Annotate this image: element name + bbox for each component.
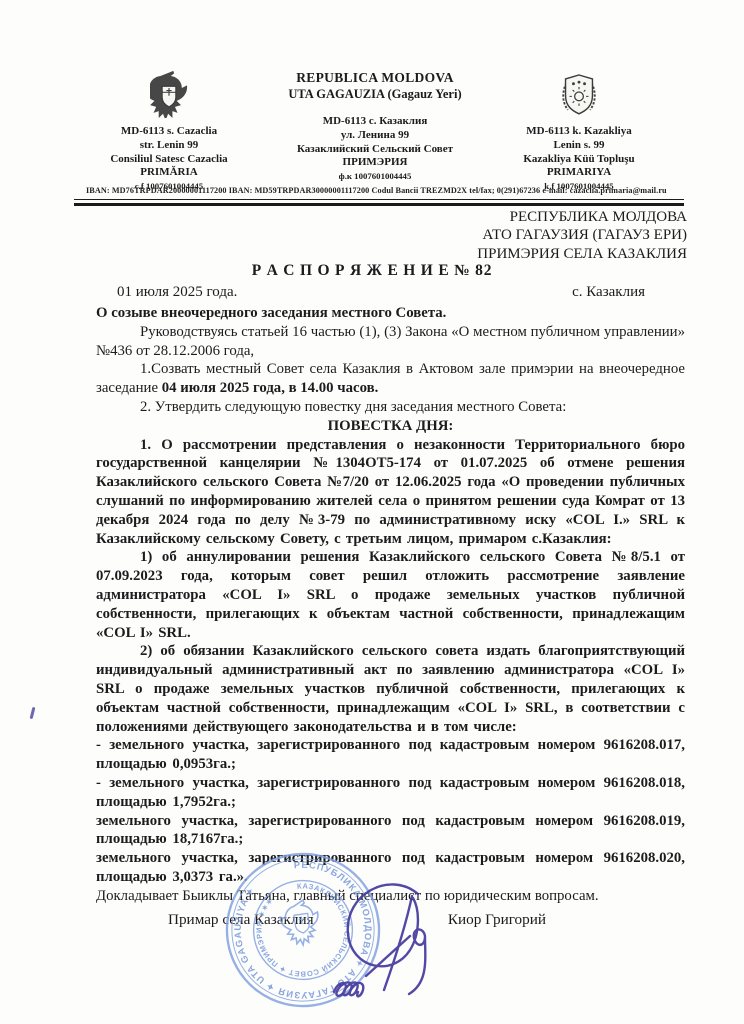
letterhead-line: ул. Ленина 99 <box>276 129 474 143</box>
issuing-authority-block: РЕСПУБЛИКА МОЛДОВА АТО ГАГАУЗИЯ (ГАГАУЗ … <box>477 208 687 263</box>
letterhead-iban-line: IBAN: MD76TRPDAR20000001117200 IBAN: MD5… <box>86 186 664 195</box>
letterhead-left-block: MD-6113 s. Cazaclia str. Lenin 99 Consil… <box>62 70 276 192</box>
letterhead-region-title: UTA GAGAUZIA (Gagauz Yeri) <box>276 87 474 102</box>
letterhead-line: PRIMARIYA <box>474 166 684 180</box>
agenda-sub-item-1: 1) об аннулировании решения Казаклийског… <box>96 548 685 642</box>
legal-basis-paragraph: Руководствуясь статьей 16 частью (1), (3… <box>96 323 685 361</box>
letterhead-center-block: REPUBLICA MOLDOVA UTA GAGAUZIA (Gagauz Y… <box>276 70 474 182</box>
org-line: РЕСПУБЛИКА МОЛДОВА <box>477 208 687 226</box>
letterhead-right-block: MD-6113 k. Kazakliya Lenin s. 99 Kazakli… <box>474 70 684 192</box>
parcel-line: - земельного участка, зарегистрированног… <box>96 736 685 774</box>
order-item-1: 1.Созвать местный Совет села Казаклия в … <box>96 360 685 398</box>
signer-name: Киор Григорий <box>448 911 546 929</box>
gagauzia-coat-of-arms-icon <box>560 70 598 118</box>
org-line: ПРИМЭРИЯ СЕЛА КАЗАКЛИЯ <box>477 245 687 263</box>
letterhead-line: Consiliul Satesc Cazaclia <box>62 153 276 167</box>
subject-line: О созыве внеочередного заседания местног… <box>96 304 685 323</box>
document-date: 01 июля 2025 года. <box>117 284 237 301</box>
agenda-item-1: 1. О рассмотрении представления о незако… <box>96 436 685 549</box>
parcel-line: земельного участка, зарегистрированного … <box>96 812 685 850</box>
letterhead-line: MD-6113 k. Kazakliya <box>474 125 684 139</box>
agenda-heading: ПОВЕСТКА ДНЯ: <box>96 417 685 436</box>
letterhead-line: str. Lenin 99 <box>62 139 276 153</box>
handwritten-signature-icon <box>320 878 460 1018</box>
letterhead-line: Lenin s. 99 <box>474 139 684 153</box>
letterhead-line: ПРИМЭРИЯ <box>276 156 474 170</box>
scanned-document-page: MD-6113 s. Cazaclia str. Lenin 99 Consil… <box>0 0 744 1024</box>
letterhead-line: MD-6113 с. Казаклия <box>276 115 474 129</box>
letterhead-divider <box>74 199 684 206</box>
letterhead-country-title: REPUBLICA MOLDOVA <box>276 70 474 86</box>
document-body: О созыве внеочередного заседания местног… <box>96 304 685 906</box>
letterhead-left-lines: MD-6113 s. Cazaclia str. Lenin 99 Consil… <box>62 125 276 192</box>
letterhead-right-lines: MD-6113 k. Kazakliya Lenin s. 99 Kazakli… <box>474 125 684 192</box>
letterhead-fiscal-code: ф.к 1007601004445 <box>276 170 474 182</box>
org-line: АТО ГАГАУЗИЯ (ГАГАУЗ ЕРИ) <box>477 226 687 244</box>
letterhead-line: Kazakliya Küü Topluşu <box>474 153 684 167</box>
document-place: с. Казаклия <box>572 284 645 301</box>
date-place-row: 01 июля 2025 года. с. Казаклия <box>117 284 645 301</box>
letterhead-line: Казаклийский Сельский Совет <box>276 143 474 157</box>
parcel-line: - земельного участка, зарегистрированног… <box>96 774 685 812</box>
letterhead: MD-6113 s. Cazaclia str. Lenin 99 Consil… <box>62 70 684 192</box>
document-title: Р А С П О Р Я Ж Е Н И Е № 82 <box>64 262 680 280</box>
pen-mark <box>30 707 36 719</box>
letterhead-line: PRIMĂRIA <box>62 166 276 180</box>
letterhead-line: MD-6113 s. Cazaclia <box>62 125 276 139</box>
letterhead-center-lines: MD-6113 с. Казаклия ул. Ленина 99 Казакл… <box>276 115 474 182</box>
agenda-sub-item-2: 2) об обязании Казаклийского сельского с… <box>96 642 685 736</box>
moldova-coat-of-arms-icon <box>150 70 188 118</box>
meeting-datetime: 04 июля 2025 года, в 14.00 часов. <box>162 380 379 396</box>
stamp-center-coat-of-arms-icon <box>278 898 322 947</box>
order-item-2: 2. Утвердить следующую повестку дня засе… <box>96 398 685 417</box>
